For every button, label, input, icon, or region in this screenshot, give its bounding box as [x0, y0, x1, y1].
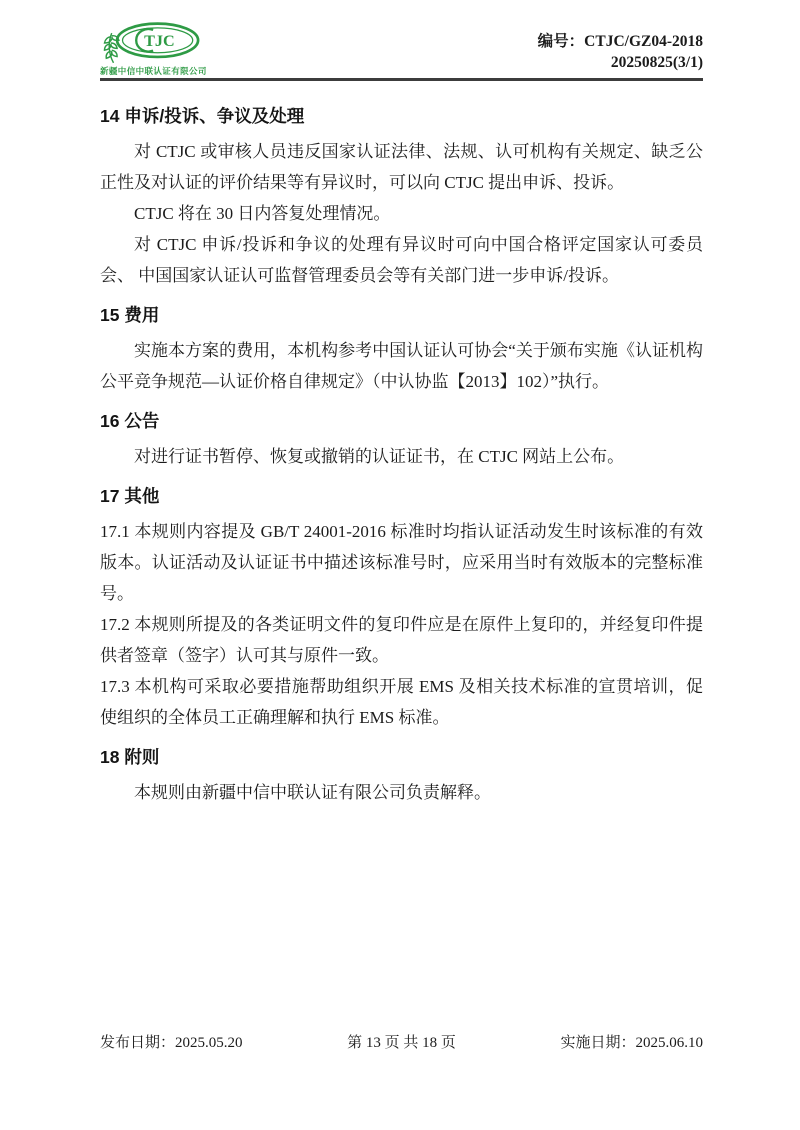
doc-codes: 编号：CTJC/GZ04-2018 20250825(3/1) — [538, 31, 703, 73]
page-header: TJC 新疆中信中联认证有限公司 编号：CTJC/GZ04-2018 20250… — [100, 22, 703, 77]
document-body: 14 申诉/投诉、争议及处理 对 CTJC 或审核人员违反国家认证法律、法规、认… — [100, 92, 703, 808]
section-heading-14: 14 申诉/投诉、争议及处理 — [100, 105, 703, 127]
paragraph-17-3: 17.3 本机构可采取必要措施帮助组织开展 EMS 及相关技术标准的宣贯培训，促… — [100, 671, 703, 733]
paragraph-14-3: 对 CTJC 申诉/投诉和争议的处理有异议时可向中国合格评定国家认可委员会、 中… — [100, 229, 703, 291]
section-heading-15: 15 费用 — [100, 304, 703, 326]
header-rule — [100, 78, 703, 81]
paragraph-16-1: 对进行证书暂停、恢复或撤销的认证证书，在 CTJC 网站上公布。 — [100, 441, 703, 472]
page-footer: 发布日期：2025.05.20 第 13 页 共 18 页 实施日期：2025.… — [100, 1031, 703, 1052]
release-date: 发布日期：2025.05.20 — [100, 1031, 301, 1052]
section-heading-16: 16 公告 — [100, 410, 703, 432]
paragraph-14-2: CTJC 将在 30 日内答复处理情况。 — [100, 198, 703, 229]
paragraph-18-1: 本规则由新疆中信中联认证有限公司负责解释。 — [100, 777, 703, 808]
paragraph-14-1: 对 CTJC 或审核人员违反国家认证法律、法规、认可机构有关规定、缺乏公正性及对… — [100, 136, 703, 198]
ctjc-logo-icon: TJC — [100, 22, 208, 64]
company-logo: TJC 新疆中信中联认证有限公司 — [100, 22, 230, 77]
company-name: 新疆中信中联认证有限公司 — [100, 65, 230, 77]
paragraph-17-2: 17.2 本规则所提及的各类证明文件的复印件应是在原件上复印的，并经复印件提供者… — [100, 609, 703, 671]
logo-monogram: TJC — [144, 32, 175, 50]
paragraph-15-1: 实施本方案的费用，本机构参考中国认证认可协会“关于颁布实施《认证机构公平竞争规范… — [100, 335, 703, 397]
section-heading-17: 17 其他 — [100, 485, 703, 507]
doc-number: 编号：CTJC/GZ04-2018 — [538, 31, 703, 52]
section-heading-18: 18 附则 — [100, 746, 703, 768]
page-indicator: 第 13 页 共 18 页 — [301, 1031, 502, 1052]
paragraph-17-1: 17.1 本规则内容提及 GB/T 24001-2016 标准时均指认证活动发生… — [100, 516, 703, 609]
doc-version: 20250825(3/1) — [538, 52, 703, 73]
document-page: TJC 新疆中信中联认证有限公司 编号：CTJC/GZ04-2018 20250… — [0, 0, 800, 1130]
implementation-date: 实施日期：2025.06.10 — [502, 1031, 703, 1052]
